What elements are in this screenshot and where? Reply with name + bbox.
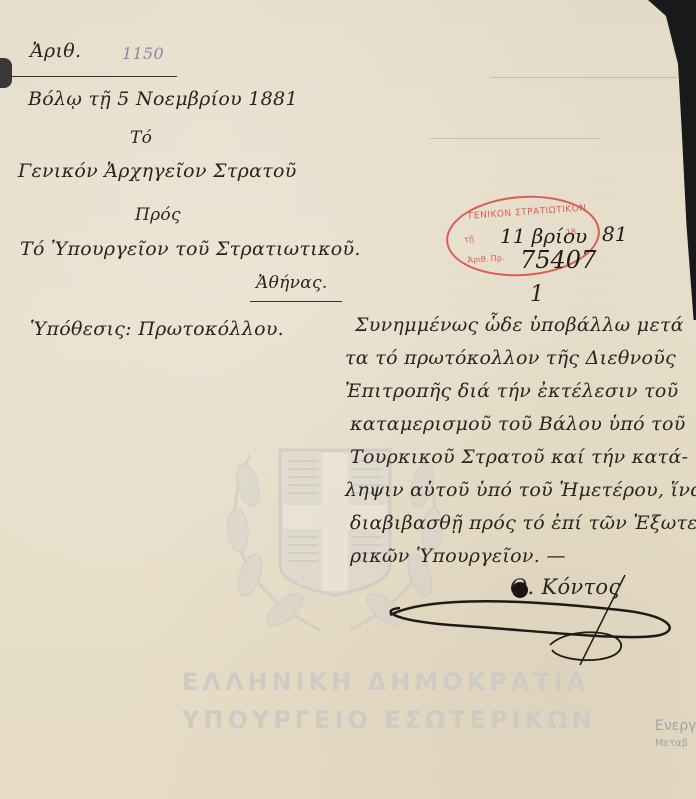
faint-form-line (430, 138, 600, 139)
watermark-line-2: ΥΠΟΥΡΓΕΙΟ ΕΣΩΤΕΡΙΚΩΝ (182, 706, 596, 734)
header-rule (12, 76, 177, 77)
binding-hole-mark (0, 58, 12, 88)
stamp-date-prefix: τῇ (464, 234, 474, 244)
body-line: Συνημμένως ὧδε ὑποβάλλω μετά (355, 314, 684, 336)
city-underline (250, 301, 342, 302)
to-label: Πρός (135, 205, 181, 225)
arith-label: Ἀριθ. (30, 40, 81, 62)
os-activation-subtitle: Μεταβ (655, 738, 688, 749)
faint-form-line (490, 77, 680, 78)
reference-number: 1150 (122, 44, 164, 63)
stamp-number-handwritten: 75407 (520, 246, 596, 274)
stamp-title: ΓΕΝΙΚΟΝ ΣΤΡΑΤΙΩΤΙΚΟΝ (468, 204, 587, 222)
place-date: Βόλῳ τῇ 5 Νοεμβρίου 1881 (28, 88, 298, 110)
body-line: καταμερισμοῦ τοῦ Βάλου ὑπό τοῦ (350, 413, 686, 435)
body-line: Ἐπιτροπῆς διά τήν ἐκτέλεσιν τοῦ (345, 380, 678, 402)
body-line: ρικῶν Ὑπουργεῖον. — (350, 545, 566, 567)
from-label: Τό (130, 128, 152, 148)
body-line: τα τό πρωτόκολλον τῆς Διεθνοῦς (345, 347, 676, 369)
paragraph-marker: 1 (530, 282, 544, 307)
stamp-year-handwritten: 81 (602, 222, 627, 246)
stamp-number-label: Ἀριθ. Πρ. (467, 253, 504, 265)
subject-line: Ὑπόθεσις: Πρωτοκόλλου. (30, 318, 284, 340)
watermark-line-1: ΕΛΛΗΝΙΚΗ ΔΗΜΟΚΡΑΤΙΑ (182, 668, 589, 696)
sender-name: Γενικόν Ἀρχηγεῖον Στρατοῦ (18, 160, 297, 182)
signature-flourish-icon (370, 570, 690, 670)
body-line: Τουρκικοῦ Στρατοῦ καί τήν κατά- (350, 446, 688, 468)
recipient-name: Τό Ὑπουργεῖον τοῦ Στρατιωτικοῦ. (20, 238, 361, 260)
body-line: διαβιβασθῇ πρός τό ἐπί τῶν Ἐξωτε- (350, 512, 696, 534)
document-page: Ἀριθ. 1150 Βόλῳ τῇ 5 Νοεμβρίου 1881 Τό Γ… (0, 0, 696, 799)
os-activation-title: Ενεργ (655, 718, 696, 734)
recipient-city: Ἀθήνας. (256, 273, 328, 293)
stamp-date-handwritten: 11 βρίου (500, 224, 587, 248)
body-line: ληψιν αὐτοῦ ὑπό τοῦ Ἡμετέρου, ἵνα (345, 479, 696, 501)
